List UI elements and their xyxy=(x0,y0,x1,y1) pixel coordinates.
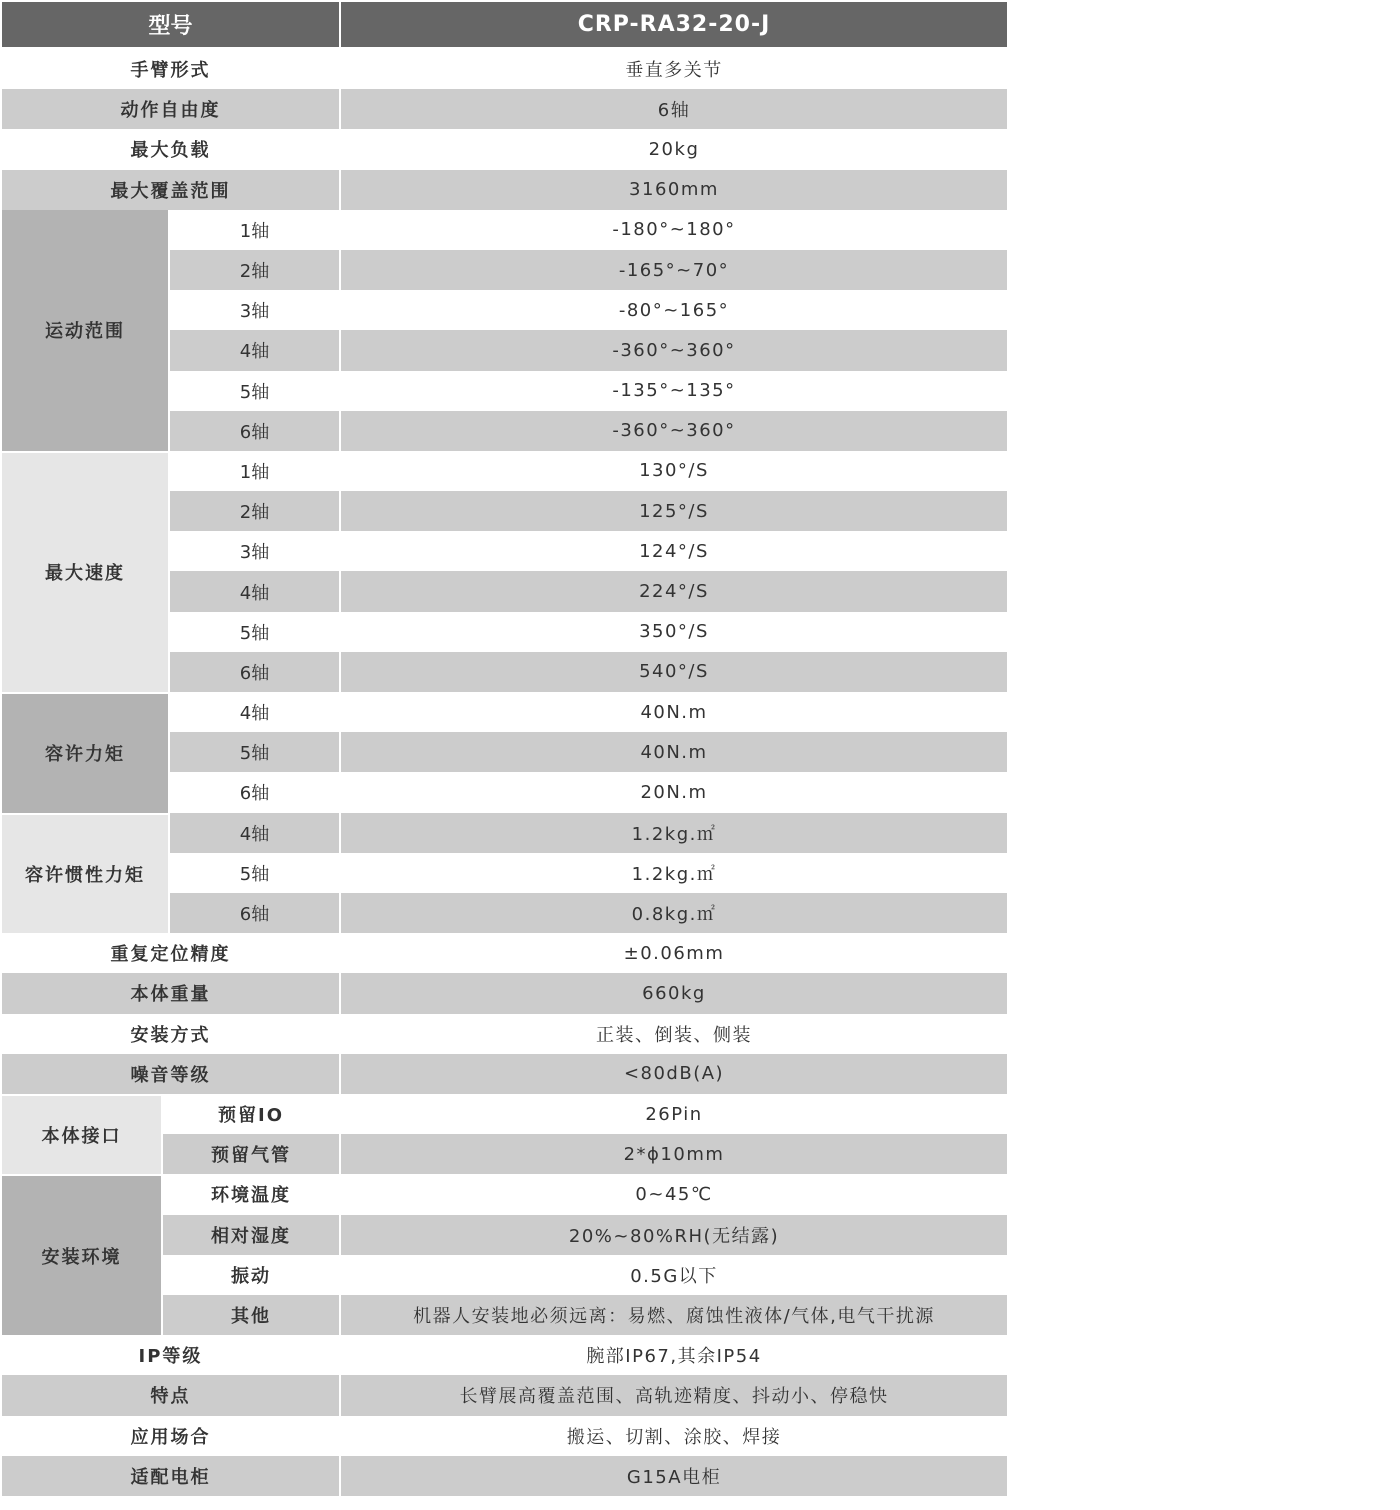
row-label: 最大覆盖范围 xyxy=(2,170,339,210)
axis-label: 4轴 xyxy=(170,330,339,370)
axis-label: 4轴 xyxy=(170,692,339,732)
table-row: 最大负载 20kg xyxy=(2,129,1007,169)
row-value: 0~45℃ xyxy=(341,1174,1007,1214)
group-label: 最大速度 xyxy=(2,451,168,692)
table-row: 2轴 -165°~70° xyxy=(170,250,1007,290)
row-value: 正装、倒装、侧装 xyxy=(341,1014,1007,1054)
row-label: 本体重量 xyxy=(2,973,339,1013)
table-row: 3轴 124°/S xyxy=(170,531,1007,571)
row-value: 40N.m xyxy=(341,692,1007,732)
row-label: 动作自由度 xyxy=(2,89,339,129)
table-row: 其他 机器人安装地必须远离：易燃、腐蚀性液体/气体,电气干扰源 xyxy=(163,1295,1007,1335)
table-row: 预留IO 26Pin xyxy=(163,1094,1007,1134)
row-label: 噪音等级 xyxy=(2,1054,339,1094)
table-row: 预留气管 2*ϕ10mm xyxy=(163,1134,1007,1174)
item-label: 其他 xyxy=(163,1295,339,1335)
model-name: CRP-RA32-20-J xyxy=(341,2,1007,47)
axis-label: 5轴 xyxy=(170,612,339,652)
group-label: 运动范围 xyxy=(2,210,168,451)
table-row: 6轴 0.8kg.㎡ xyxy=(170,893,1007,933)
row-label: 安装方式 xyxy=(2,1014,339,1054)
item-label: 振动 xyxy=(163,1255,339,1295)
table-row: 5轴 1.2kg.㎡ xyxy=(170,853,1007,893)
row-value: 1.2kg.㎡ xyxy=(341,853,1007,893)
table-row: 4轴 40N.m xyxy=(170,692,1007,732)
axis-label: 4轴 xyxy=(170,813,339,853)
axis-label: 4轴 xyxy=(170,571,339,611)
row-value: -180°~180° xyxy=(341,210,1007,250)
table-row: 5轴 -135°~135° xyxy=(170,371,1007,411)
row-value: 124°/S xyxy=(341,531,1007,571)
row-value: 机器人安装地必须远离：易燃、腐蚀性液体/气体,电气干扰源 xyxy=(341,1295,1007,1335)
table-row: 3轴 -80°~165° xyxy=(170,290,1007,330)
axis-label: 6轴 xyxy=(170,893,339,933)
group-max-speed: 最大速度 1轴 130°/S 2轴 125°/S 3轴 124°/S 4轴 22… xyxy=(2,451,1007,692)
row-value: -165°~70° xyxy=(341,250,1007,290)
row-value: 6轴 xyxy=(341,89,1007,129)
group-label: 安装环境 xyxy=(2,1174,161,1335)
table-row: 手臂形式 垂直多关节 xyxy=(2,49,1007,89)
row-value: -360°~360° xyxy=(341,330,1007,370)
row-value: -135°~135° xyxy=(341,371,1007,411)
group-install-environment: 安装环境 环境温度 0~45℃ 相对湿度 20%~80%RH(无结露) 振动 0… xyxy=(2,1174,1007,1335)
row-value: 40N.m xyxy=(341,732,1007,772)
row-value: 长臂展高覆盖范围、高轨迹精度、抖动小、停稳快 xyxy=(341,1375,1007,1415)
row-value: -360°~360° xyxy=(341,411,1007,451)
axis-label: 5轴 xyxy=(170,371,339,411)
table-row: 1轴 -180°~180° xyxy=(170,210,1007,250)
group-allowable-torque: 容许力矩 4轴 40N.m 5轴 40N.m 6轴 20N.m xyxy=(2,692,1007,813)
group-label: 本体接口 xyxy=(2,1094,161,1174)
group-allowable-inertia: 容许惯性力矩 4轴 1.2kg.㎡ 5轴 1.2kg.㎡ 6轴 0.8kg.㎡ xyxy=(2,813,1007,934)
row-value: G15A电柜 xyxy=(341,1456,1007,1496)
row-label: 适配电柜 xyxy=(2,1456,339,1496)
row-value: 125°/S xyxy=(341,491,1007,531)
axis-label: 5轴 xyxy=(170,732,339,772)
table-row: IP等级 腕部IP67,其余IP54 xyxy=(2,1335,1007,1375)
row-value: 224°/S xyxy=(341,571,1007,611)
row-label: 手臂形式 xyxy=(2,49,339,89)
table-row: 应用场合 搬运、切割、涂胶、焊接 xyxy=(2,1416,1007,1456)
row-label: 特点 xyxy=(2,1375,339,1415)
row-value: 0.8kg.㎡ xyxy=(341,893,1007,933)
group-label: 容许力矩 xyxy=(2,692,168,813)
table-row: 环境温度 0~45℃ xyxy=(163,1174,1007,1214)
row-value: 350°/S xyxy=(341,612,1007,652)
table-row: 1轴 130°/S xyxy=(170,451,1007,491)
axis-label: 2轴 xyxy=(170,491,339,531)
group-label: 容许惯性力矩 xyxy=(2,813,168,934)
row-value: 0.5G以下 xyxy=(341,1255,1007,1295)
item-label: 相对湿度 xyxy=(163,1215,339,1255)
table-row: 4轴 224°/S xyxy=(170,571,1007,611)
axis-label: 2轴 xyxy=(170,250,339,290)
table-row: 相对湿度 20%~80%RH(无结露) xyxy=(163,1215,1007,1255)
group-motion-range: 运动范围 1轴 -180°~180° 2轴 -165°~70° 3轴 -80°~… xyxy=(2,210,1007,451)
table-row: 特点 长臂展高覆盖范围、高轨迹精度、抖动小、停稳快 xyxy=(2,1375,1007,1415)
row-label: 重复定位精度 xyxy=(2,933,339,973)
axis-label: 1轴 xyxy=(170,451,339,491)
row-value: 搬运、切割、涂胶、焊接 xyxy=(341,1416,1007,1456)
row-value: 130°/S xyxy=(341,451,1007,491)
table-row: 2轴 125°/S xyxy=(170,491,1007,531)
row-value: 2*ϕ10mm xyxy=(341,1134,1007,1174)
row-value: 20N.m xyxy=(341,772,1007,812)
table-row: 5轴 350°/S xyxy=(170,612,1007,652)
spec-table: 型号 CRP-RA32-20-J 手臂形式 垂直多关节 动作自由度 6轴 最大负… xyxy=(2,2,1007,1496)
table-row: 适配电柜 G15A电柜 xyxy=(2,1456,1007,1496)
axis-label: 6轴 xyxy=(170,652,339,692)
axis-label: 3轴 xyxy=(170,531,339,571)
group-body-interface: 本体接口 预留IO 26Pin 预留气管 2*ϕ10mm xyxy=(2,1094,1007,1174)
table-header: 型号 CRP-RA32-20-J xyxy=(2,2,1007,47)
row-value: 1.2kg.㎡ xyxy=(341,813,1007,853)
row-value: 26Pin xyxy=(341,1094,1007,1134)
row-value: ±0.06mm xyxy=(341,933,1007,973)
row-label: 最大负载 xyxy=(2,129,339,169)
table-row: 噪音等级 <80dB(A) xyxy=(2,1054,1007,1094)
table-row: 6轴 -360°~360° xyxy=(170,411,1007,451)
table-row: 安装方式 正装、倒装、侧装 xyxy=(2,1014,1007,1054)
item-label: 预留IO xyxy=(163,1094,339,1134)
table-row: 振动 0.5G以下 xyxy=(163,1255,1007,1295)
table-row: 6轴 20N.m xyxy=(170,772,1007,812)
table-row: 5轴 40N.m xyxy=(170,732,1007,772)
row-value: -80°~165° xyxy=(341,290,1007,330)
row-label: IP等级 xyxy=(2,1335,339,1375)
axis-label: 6轴 xyxy=(170,772,339,812)
axis-label: 3轴 xyxy=(170,290,339,330)
table-row: 本体重量 660kg xyxy=(2,973,1007,1013)
row-value: 660kg xyxy=(341,973,1007,1013)
table-row: 4轴 1.2kg.㎡ xyxy=(170,813,1007,853)
row-value: 垂直多关节 xyxy=(341,49,1007,89)
row-value: 3160mm xyxy=(341,170,1007,210)
axis-label: 6轴 xyxy=(170,411,339,451)
axis-label: 5轴 xyxy=(170,853,339,893)
table-row: 动作自由度 6轴 xyxy=(2,89,1007,129)
header-label: 型号 xyxy=(2,2,339,47)
row-value: 20kg xyxy=(341,129,1007,169)
table-row: 4轴 -360°~360° xyxy=(170,330,1007,370)
axis-label: 1轴 xyxy=(170,210,339,250)
item-label: 预留气管 xyxy=(163,1134,339,1174)
table-row: 最大覆盖范围 3160mm xyxy=(2,170,1007,210)
table-row: 6轴 540°/S xyxy=(170,652,1007,692)
table-row: 重复定位精度 ±0.06mm xyxy=(2,933,1007,973)
row-value: <80dB(A) xyxy=(341,1054,1007,1094)
row-value: 540°/S xyxy=(341,652,1007,692)
row-value: 20%~80%RH(无结露) xyxy=(341,1215,1007,1255)
row-value: 腕部IP67,其余IP54 xyxy=(341,1335,1007,1375)
item-label: 环境温度 xyxy=(163,1174,339,1214)
row-label: 应用场合 xyxy=(2,1416,339,1456)
